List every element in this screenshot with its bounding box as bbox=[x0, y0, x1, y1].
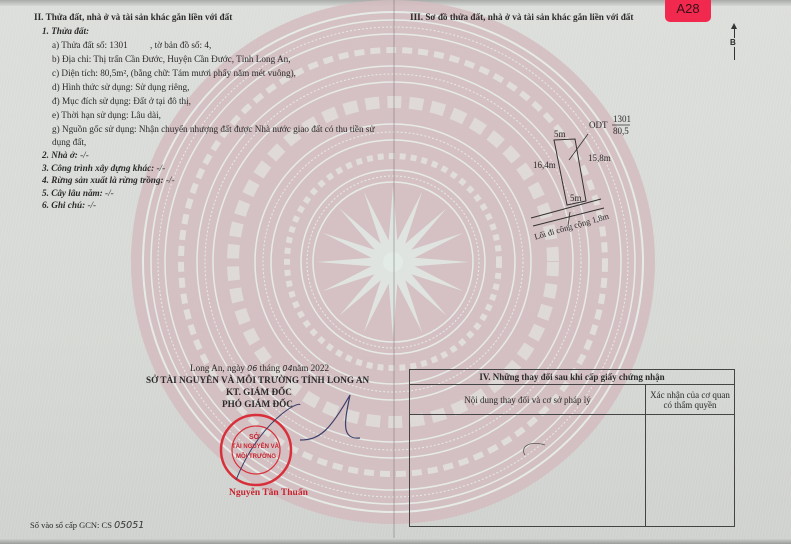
changes-table: IV. Những thay đổi sau khi cấp giấy chứn… bbox=[409, 369, 735, 527]
col-change-content: Nội dung thay đổi và cơ sở pháp lý bbox=[410, 385, 646, 415]
authority-confirmation-cell[interactable] bbox=[646, 415, 735, 527]
registry-number: Số vào sổ cấp GCN: CS 05051 bbox=[30, 520, 144, 531]
stamp-line3: MÔI TRƯỜNG bbox=[236, 452, 276, 463]
signer-name: Nguyễn Tân Thuấn bbox=[229, 488, 308, 499]
col-authority-confirmation: Xác nhận của cơ quan có thẩm quyền bbox=[646, 385, 735, 415]
change-content-cell[interactable] bbox=[410, 415, 646, 527]
bottom-edge-shadow bbox=[0, 538, 791, 544]
section4-title: IV. Những thay đổi sau khi cấp giấy chứn… bbox=[410, 370, 735, 385]
